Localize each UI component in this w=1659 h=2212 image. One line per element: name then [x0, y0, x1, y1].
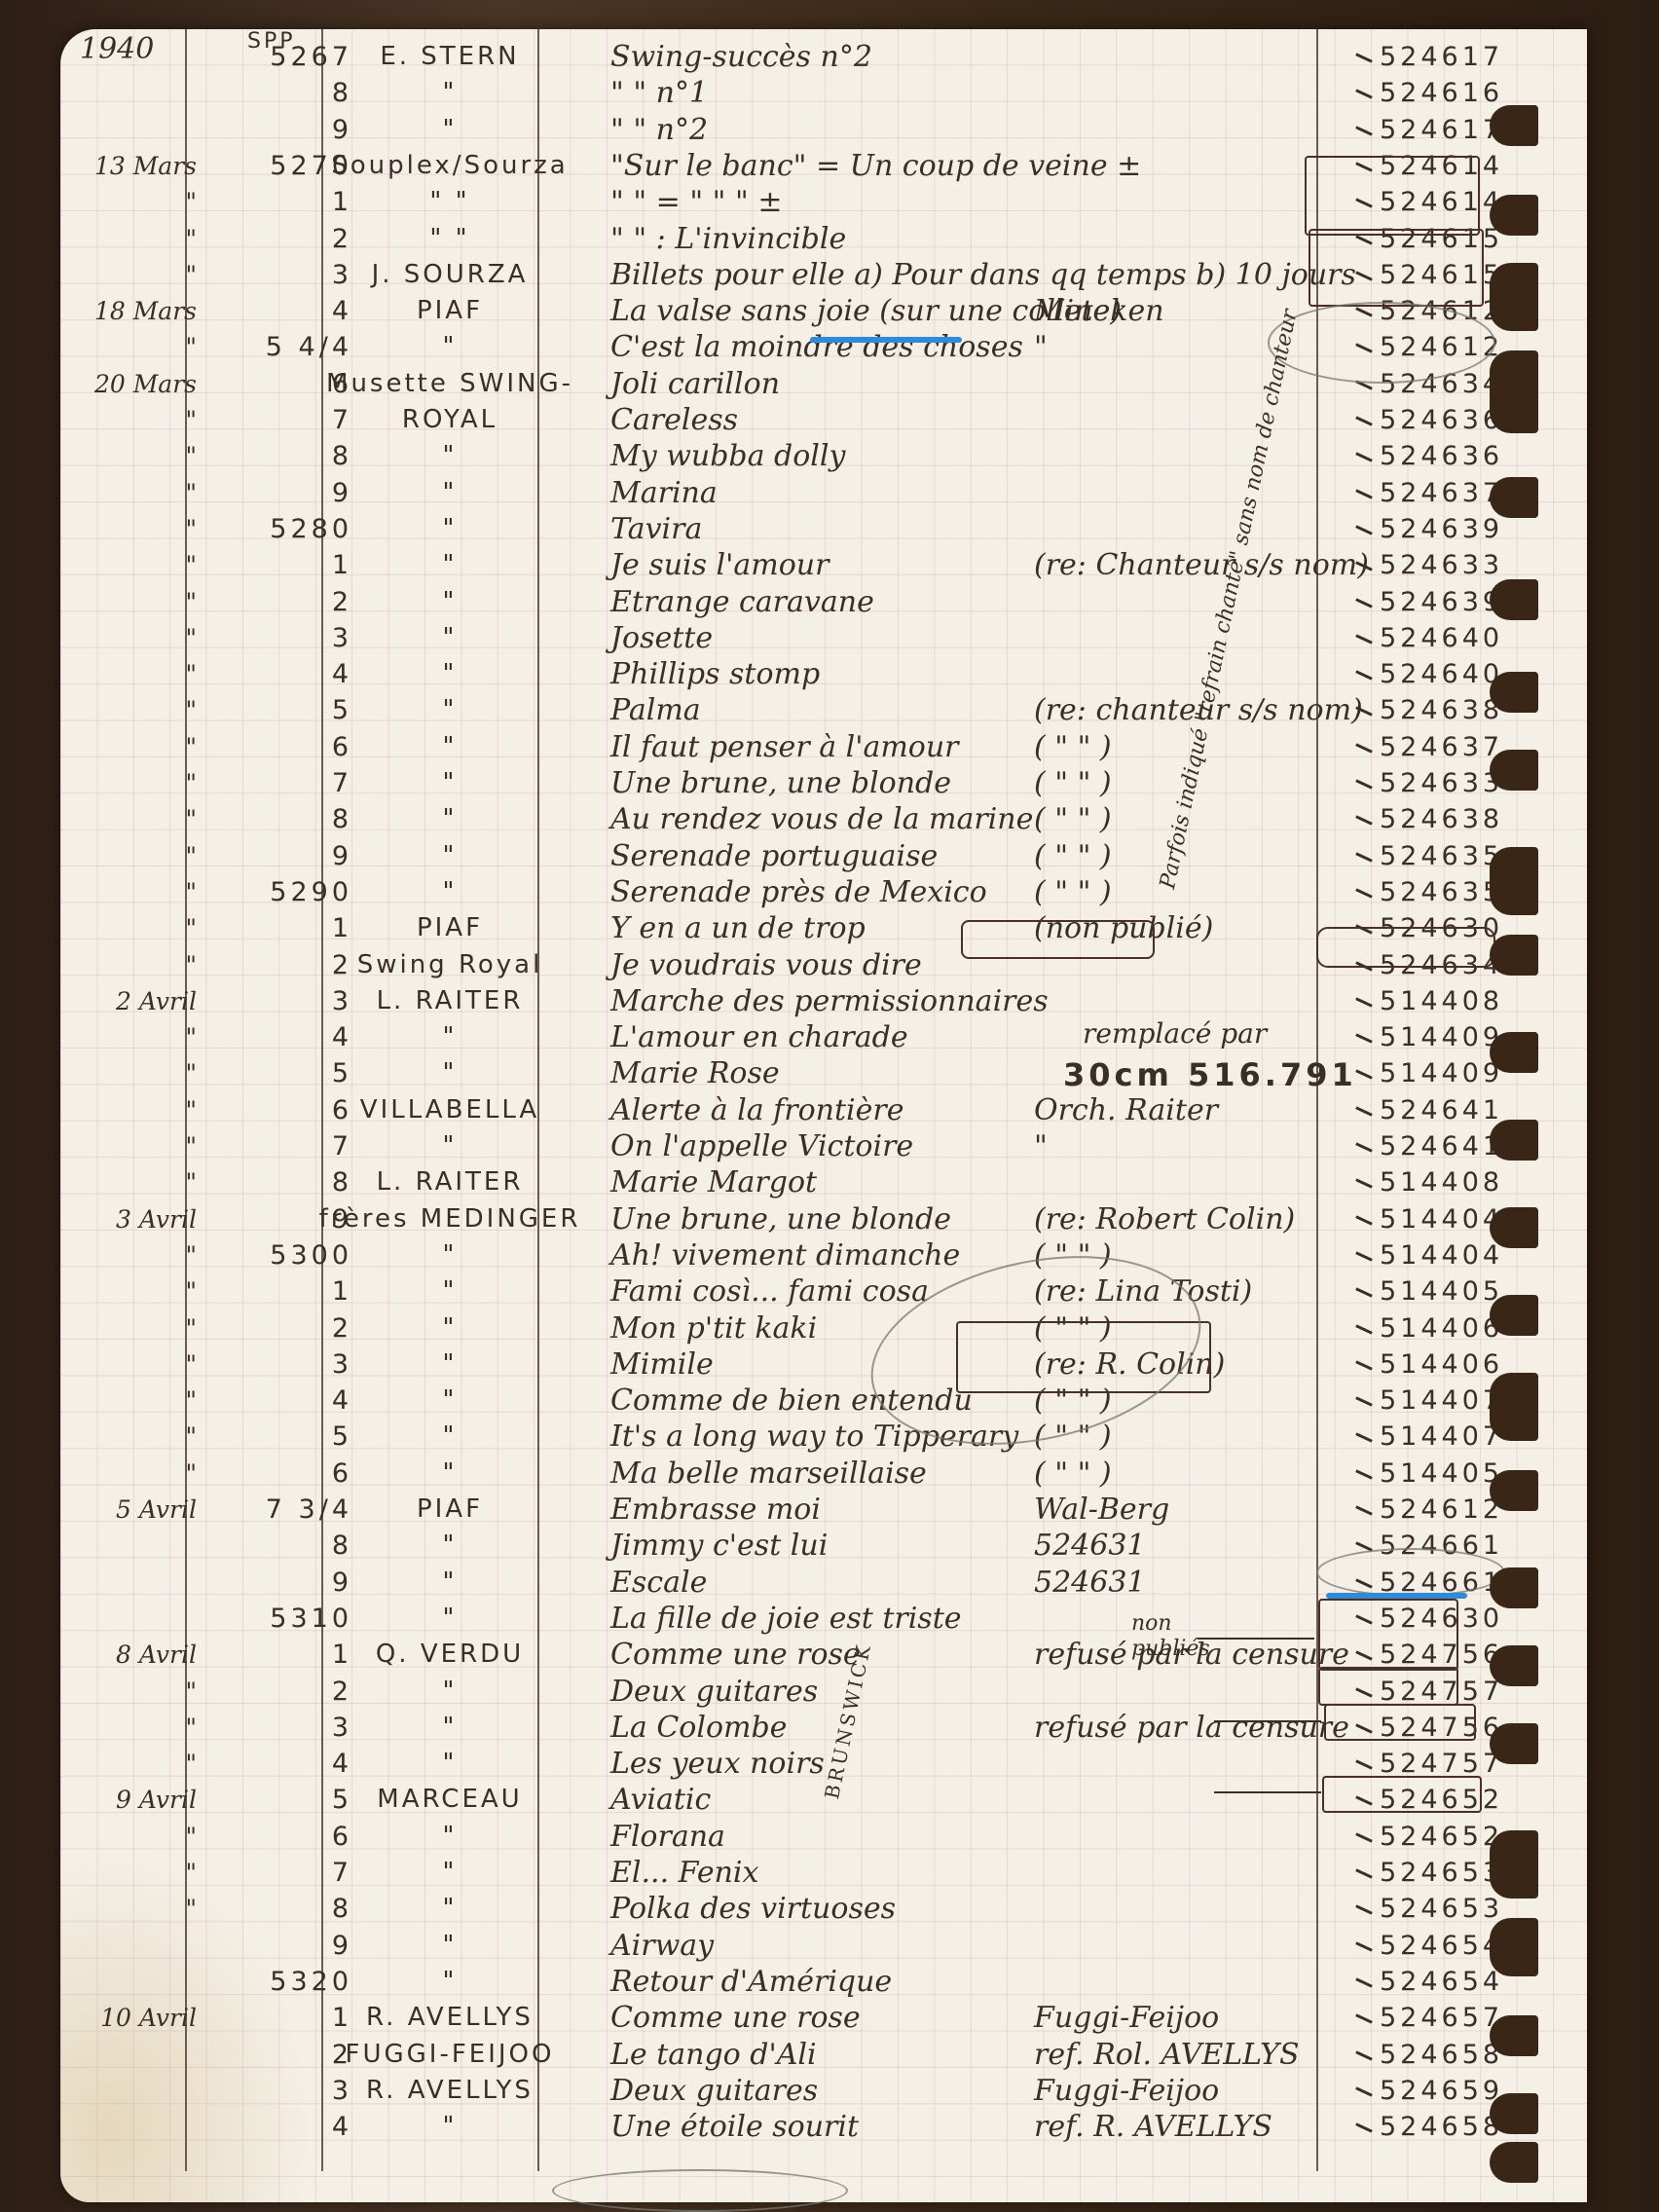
artist-cell: " [294, 1964, 606, 2000]
title-cell: Ma belle marseillaise [610, 1456, 927, 1492]
ledger-row: 5 Avril7 3/4PIAFEmbrasse moiWal-Berg5246… [60, 1492, 1587, 1528]
date-cell: " [70, 1855, 197, 1891]
title-cell: Les yeux noirs [610, 1746, 825, 1782]
pencil-circle-wal-berg [1316, 1548, 1505, 1597]
check-tick-mark [1355, 1288, 1373, 1298]
ledger-row: "6"Ma belle marseillaise( " " )514405 [60, 1456, 1587, 1492]
title-cell: Airway [610, 1928, 714, 1964]
artist-cell: " [294, 1891, 606, 1927]
matrix-box-524614 [1305, 156, 1480, 236]
check-tick-mark [1355, 670, 1373, 680]
ledger-row: 3 Avril9frères MEDINGERUne brune, une bl… [60, 1201, 1587, 1237]
check-tick-mark [1355, 1759, 1373, 1769]
note-cell: " [1034, 329, 1048, 365]
artist-cell: " [294, 1746, 606, 1782]
artist-cell: PIAF [294, 293, 606, 329]
artist-cell: " [294, 692, 606, 728]
date-cell: 20 Mars [70, 366, 197, 402]
check-tick-mark [1355, 1941, 1373, 1951]
title-cell: " " n°2 [610, 112, 708, 148]
date-cell: " [70, 1419, 197, 1455]
title-cell: C'est la moindre des choses [610, 329, 1023, 365]
artist-cell: J. SOURZA [294, 257, 606, 293]
title-cell: Alerte à la frontière [610, 1092, 903, 1128]
artist-cell: " [294, 1128, 606, 1164]
artist-cell: " [294, 511, 606, 547]
check-tick-mark [1355, 1251, 1373, 1261]
artist-cell: " [294, 1055, 606, 1091]
title-cell: Le tango d'Ali [610, 2037, 817, 2073]
artist-cell: " [294, 765, 606, 801]
title-cell: La fille de joie est triste [610, 1601, 962, 1637]
artist-cell: " [294, 1456, 606, 1492]
artist-cell: " [294, 2109, 606, 2145]
check-tick-mark [1355, 888, 1373, 898]
title-cell: Une brune, une blonde [610, 1201, 951, 1237]
artist-cell: PIAF [294, 910, 606, 946]
title-cell: My wubba dolly [610, 438, 845, 474]
artist-cell: " [294, 329, 606, 365]
artist-cell: " [294, 1237, 606, 1273]
date-cell: 13 Mars [70, 148, 197, 184]
title-cell: Joli carillon [610, 366, 780, 402]
notebook-page: 1940 SPP 5267E. STERNSwing-succès n°2524… [60, 29, 1587, 2202]
matrix-box-524615 [1309, 229, 1484, 307]
title-cell: Marina [610, 475, 718, 511]
date-cell: " [70, 692, 197, 728]
note-cell: Fuggi-Feijoo [1034, 2000, 1219, 2036]
title-cell: Mon p'tit kaki [610, 1310, 817, 1346]
check-tick-mark [1355, 1433, 1373, 1443]
artist-cell: " [294, 475, 606, 511]
date-cell: " [70, 656, 197, 692]
date-cell: 2 Avril [70, 983, 197, 1019]
artist-cell: " [294, 1310, 606, 1346]
title-cell: Josette [610, 620, 713, 656]
check-tick-mark [1355, 816, 1373, 826]
title-cell: " " n°1 [610, 75, 708, 111]
title-cell: Retour d'Amérique [610, 1964, 892, 2000]
artist-cell: " [294, 1528, 606, 1564]
date-cell: " [70, 257, 197, 293]
artist-cell: " [294, 1928, 606, 1964]
title-cell: Aviatic [610, 1782, 711, 1818]
title-cell: Deux guitares [610, 2073, 818, 2109]
title-cell: Fami così... fami cosa [610, 1273, 929, 1309]
arrow-censure-2 [1214, 1791, 1321, 1793]
date-cell: " [70, 1310, 197, 1346]
check-tick-mark [1355, 1033, 1373, 1043]
ledger-row: "4"Comme de bien entendu( " " )514407 [60, 1382, 1587, 1419]
date-cell: " [70, 801, 197, 837]
note-cell: ( " " ) [1034, 838, 1112, 874]
date-cell: " [70, 1128, 197, 1164]
arrow-censure-1 [1214, 1720, 1321, 1722]
date-cell: 9 Avril [70, 1782, 197, 1818]
ledger-row: 2FUGGI-FEIJOOLe tango d'Aliref. Rol. AVE… [60, 2037, 1587, 2073]
artist-cell: " [294, 112, 606, 148]
note-cell: (re: Robert Colin) [1034, 1201, 1295, 1237]
date-cell: " [70, 874, 197, 910]
ledger-row: "2"Etrange caravane524639 [60, 584, 1587, 620]
check-tick-mark [1355, 1324, 1373, 1334]
artist-cell: " [294, 1819, 606, 1855]
artist-cell: PIAF [294, 1492, 606, 1528]
artist-cell: " " [294, 184, 606, 220]
check-tick-mark [1355, 2050, 1373, 2060]
title-cell: Au rendez vous de la marine [610, 801, 1033, 837]
ledger-row: "7"Une brune, une blonde( " " )524633 [60, 765, 1587, 801]
title-cell: Etrange caravane [610, 584, 874, 620]
ledger-row: "4"Phillips stomp524640 [60, 656, 1587, 692]
ledger-row: "8L. RAITERMarie Margot514408 [60, 1164, 1587, 1200]
note-cell: ( " " ) [1034, 874, 1112, 910]
ledger-row: 8"" " n°1524616 [60, 75, 1587, 111]
date-cell: " [70, 1891, 197, 1927]
title-cell: Phillips stomp [610, 656, 820, 692]
date-cell: " [70, 1237, 197, 1273]
check-tick-mark [1355, 90, 1373, 99]
ledger-row: "7"On l'appelle Victoire"524641 [60, 1128, 1587, 1164]
artist-cell: " " [294, 221, 606, 257]
check-tick-mark [1355, 1469, 1373, 1479]
artist-cell: " [294, 656, 606, 692]
title-cell: " " = " " " ± [610, 184, 782, 220]
check-tick-mark [1355, 2086, 1373, 2096]
date-cell: " [70, 910, 197, 946]
ledger-row: "3"Mimile(re: R. Colin)514406 [60, 1346, 1587, 1382]
check-tick-mark [1355, 1832, 1373, 1842]
ledger-row: "6"Il faut penser à l'amour( " " )524637 [60, 729, 1587, 765]
ledger-row: 5267E. STERNSwing-succès n°2524617 [60, 39, 1587, 75]
ledger-row: 5320"Retour d'Amérique524654 [60, 1964, 1587, 2000]
title-cell: Comme une rose [610, 1637, 861, 1673]
title-cell: Deux guitares [610, 1674, 818, 1710]
check-tick-mark [1355, 416, 1373, 425]
title-cell: Ah! vivement dimanche [610, 1237, 960, 1273]
date-cell: " [70, 729, 197, 765]
note-cell: ref. R. AVELLYS [1034, 2109, 1272, 2145]
date-cell: " [70, 765, 197, 801]
artist-cell: L. RAITER [294, 983, 606, 1019]
check-tick-mark [1355, 1360, 1373, 1370]
check-tick-mark [1355, 997, 1373, 1007]
title-cell: " " : L'invincible [610, 221, 846, 257]
title-cell: Palma [610, 692, 701, 728]
artist-cell: " [294, 1565, 606, 1601]
check-tick-mark [1355, 1106, 1373, 1116]
note-cell: refusé par la censure [1034, 1710, 1349, 1746]
artist-cell: " [294, 1273, 606, 1309]
artist-cell: " [294, 1019, 606, 1055]
ledger-row: "3"Josette524640 [60, 620, 1587, 656]
date-cell: 8 Avril [70, 1637, 197, 1673]
title-cell: Embrasse moi [610, 1492, 821, 1528]
note-cell: ( " " ) [1034, 801, 1112, 837]
replaced-by-value: 30cm 516.791 [1063, 1056, 1357, 1093]
non-publie-box [961, 920, 1155, 959]
ledger-row: "5"It's a long way to Tipperary( " " )51… [60, 1419, 1587, 1455]
date-cell: " [70, 584, 197, 620]
artist-cell: Musette SWING- [294, 366, 606, 402]
ledger-row: "8"Au rendez vous de la marine( " " )524… [60, 801, 1587, 837]
date-cell: " [70, 1819, 197, 1855]
artist-cell: L. RAITER [294, 1164, 606, 1200]
date-cell: 5 Avril [70, 1492, 197, 1528]
date-cell: 3 Avril [70, 1201, 197, 1237]
matrix-box-524756-b [1322, 1776, 1482, 1813]
artist-cell: VILLABELLA [294, 1092, 606, 1128]
ledger-row: "7"El... Fenix524653 [60, 1855, 1587, 1891]
title-cell: "Sur le banc" = Un coup de veine ± [610, 148, 1141, 184]
title-cell: On l'appelle Victoire [610, 1128, 913, 1164]
title-cell: Serenade portuguaise [610, 838, 938, 874]
title-cell: Jimmy c'est lui [610, 1528, 828, 1564]
artist-cell: Swing Royal [294, 947, 606, 983]
artist-cell: " [294, 801, 606, 837]
artist-cell: Q. VERDU [294, 1637, 606, 1673]
check-tick-mark [1355, 1977, 1373, 1987]
check-tick-mark [1355, 1070, 1373, 1080]
date-cell: " [70, 1092, 197, 1128]
artist-cell: Souplex/Sourza [294, 148, 606, 184]
artist-cell: " [294, 584, 606, 620]
title-cell: Une étoile sourit [610, 2109, 859, 2145]
ledger-row: "5290"Serenade près de Mexico( " " )5246… [60, 874, 1587, 910]
check-tick-mark [1355, 1179, 1373, 1189]
ledger-row: 9"" " n°2524617 [60, 112, 1587, 148]
date-cell: " [70, 1164, 197, 1200]
check-tick-mark [1355, 2014, 1373, 2024]
ledger-row: "7ROYALCareless524636 [60, 402, 1587, 438]
title-cell: Je voudrais vous dire [610, 947, 922, 983]
artist-cell: " [294, 729, 606, 765]
ledger-row: "5300"Ah! vivement dimanche( " " )514404 [60, 1237, 1587, 1273]
artist-cell: " [294, 838, 606, 874]
ledger-row: "6"Florana524652 [60, 1819, 1587, 1855]
note-cell: Fuggi-Feijoo [1034, 2073, 1219, 2109]
ledger-row: "6VILLABELLAAlerte à la frontièreOrch. R… [60, 1092, 1587, 1128]
title-cell: Mimile [610, 1346, 714, 1382]
title-cell: Serenade près de Mexico [610, 874, 987, 910]
date-cell: " [70, 511, 197, 547]
date-cell: " [70, 547, 197, 583]
note-cell: ( " " ) [1034, 765, 1112, 801]
ledger-row: 3R. AVELLYSDeux guitaresFuggi-Feijoo5246… [60, 2073, 1587, 2109]
artist-cell: " [294, 1855, 606, 1891]
check-tick-mark [1355, 779, 1373, 789]
date-cell: " [70, 620, 197, 656]
note-cell: Meteken [1034, 293, 1164, 329]
note-cell: 524631 [1034, 1528, 1146, 1564]
title-cell: Marche des permissionnaires [610, 983, 1049, 1019]
check-tick-mark [1355, 598, 1373, 608]
replaced-by-label: remplacé par [1083, 1017, 1267, 1050]
note-cell: (re: Chanteur s/s nom) [1034, 547, 1369, 583]
artist-cell: " [294, 1710, 606, 1746]
note-cell: Orch. Raiter [1034, 1092, 1218, 1128]
note-cell: ref. Rol. AVELLYS [1034, 2037, 1300, 2073]
artist-cell: " [294, 620, 606, 656]
artist-cell: " [294, 75, 606, 111]
arrow-non-publies [1198, 1638, 1314, 1640]
note-cell: " [1034, 1128, 1048, 1164]
matrix-box-524630b [1318, 1667, 1458, 1706]
check-tick-mark [1355, 852, 1373, 862]
check-tick-mark [1355, 1505, 1373, 1515]
artist-cell: R. AVELLYS [294, 2073, 606, 2109]
title-cell: La Colombe [610, 1710, 787, 1746]
artist-cell: " [294, 1601, 606, 1637]
check-tick-mark [1355, 634, 1373, 644]
title-cell: Marie Margot [610, 1164, 817, 1200]
ledger-row: "9"Serenade portuguaise( " " )524635 [60, 838, 1587, 874]
check-tick-mark [1355, 453, 1373, 462]
ledger-row: "2"Mon p'tit kaki( " " )514406 [60, 1310, 1587, 1346]
date-cell: " [70, 184, 197, 220]
date-cell: " [70, 438, 197, 474]
check-tick-mark [1355, 1142, 1373, 1152]
artist-cell: " [294, 1382, 606, 1419]
title-cell: Une brune, une blonde [610, 765, 951, 801]
check-tick-mark [1355, 1396, 1373, 1406]
ledger-row: "1"Je suis l'amour(re: Chanteur s/s nom)… [60, 547, 1587, 583]
artist-cell: " [294, 547, 606, 583]
date-cell: " [70, 475, 197, 511]
ledger-row: 9"Airway524654 [60, 1928, 1587, 1964]
ledger-row: "4"L'amour en charade514409 [60, 1019, 1587, 1055]
date-cell: " [70, 838, 197, 874]
check-tick-mark [1355, 53, 1373, 62]
note-cell: 524631 [1034, 1565, 1146, 1601]
title-cell: Marie Rose [610, 1055, 780, 1091]
date-cell: " [70, 402, 197, 438]
pencil-circle-etoile [552, 2169, 848, 2212]
title-cell: Careless [610, 402, 738, 438]
ledger-row: 10 Avril1R. AVELLYSComme une roseFuggi-F… [60, 2000, 1587, 2036]
check-tick-mark [1355, 1868, 1373, 1878]
title-cell: Il faut penser à l'amour [610, 729, 959, 765]
ledger-row: "8"My wubba dolly524636 [60, 438, 1587, 474]
title-cell: L'amour en charade [610, 1019, 908, 1055]
artist-cell: MARCEAU [294, 1782, 606, 1818]
date-cell: " [70, 1055, 197, 1091]
title-cell: Billets pour elle a) Pour dans qq temps … [610, 257, 1356, 293]
title-cell: Je suis l'amour [610, 547, 829, 583]
title-cell: Tavira [610, 511, 702, 547]
note-cell: ( " " ) [1034, 729, 1112, 765]
note-cell: Wal-Berg [1034, 1492, 1169, 1528]
artist-cell: R. AVELLYS [294, 2000, 606, 2036]
title-cell: Florana [610, 1819, 725, 1855]
date-cell: " [70, 1273, 197, 1309]
date-cell: " [70, 221, 197, 257]
artist-cell: FUGGI-FEIJOO [294, 2037, 606, 2073]
ledger-row: "1"Fami così... fami cosa(re: Lina Tosti… [60, 1273, 1587, 1309]
check-tick-mark [1355, 743, 1373, 753]
artist-cell: " [294, 1674, 606, 1710]
title-cell: El... Fenix [610, 1855, 758, 1891]
blue-underline-sur-une-colline [810, 337, 962, 343]
check-tick-mark [1355, 1215, 1373, 1225]
ledger-row: "5280"Tavira524639 [60, 511, 1587, 547]
date-cell: " [70, 1674, 197, 1710]
date-cell: " [70, 1346, 197, 1382]
date-cell: 18 Mars [70, 293, 197, 329]
date-cell: " [70, 1710, 197, 1746]
check-tick-mark [1355, 2122, 1373, 2132]
date-cell: " [70, 329, 197, 365]
artist-cell: frères MEDINGER [294, 1201, 606, 1237]
artist-cell: " [294, 874, 606, 910]
check-tick-mark [1355, 525, 1373, 535]
note-cell: ( " " ) [1034, 1456, 1112, 1492]
matrix-box-524630 [1316, 927, 1495, 968]
ledger-row: "5"Palma(re: chanteur s/s nom)524638 [60, 692, 1587, 728]
ledger-row: "5"Marie Rose514409 [60, 1055, 1587, 1091]
artist-cell: " [294, 1419, 606, 1455]
title-cell: Polka des virtuoses [610, 1891, 896, 1927]
matrix-box-524756-a [1324, 1704, 1476, 1741]
ledger-row: "9"Marina524637 [60, 475, 1587, 511]
ledger-row: 2 Avril3L. RAITERMarche des permissionna… [60, 983, 1587, 1019]
date-cell: " [70, 1456, 197, 1492]
ledger-row: "8"Polka des virtuoses524653 [60, 1891, 1587, 1927]
title-cell: Escale [610, 1565, 707, 1601]
date-cell: " [70, 1019, 197, 1055]
date-cell: " [70, 1382, 197, 1419]
title-cell: Swing-succès n°2 [610, 39, 872, 75]
artist-cell: " [294, 1346, 606, 1382]
check-tick-mark [1355, 126, 1373, 135]
date-cell: " [70, 1746, 197, 1782]
check-tick-mark [1355, 489, 1373, 498]
check-tick-mark [1355, 1905, 1373, 1915]
date-cell: 10 Avril [70, 2000, 197, 2036]
artist-cell: ROYAL [294, 402, 606, 438]
title-cell: Comme une rose [610, 2000, 861, 2036]
matrix-box-524661 [1318, 1599, 1458, 1671]
date-cell: " [70, 947, 197, 983]
artist-cell: E. STERN [294, 39, 606, 75]
ledger-row: 4"Une étoile souritref. R. AVELLYS524658 [60, 2109, 1587, 2145]
binder-holes [1484, 68, 1538, 2210]
non-publies-note: non publiés [1131, 1611, 1190, 1662]
title-cell: Y en a un de trop [610, 910, 866, 946]
artist-cell: " [294, 438, 606, 474]
